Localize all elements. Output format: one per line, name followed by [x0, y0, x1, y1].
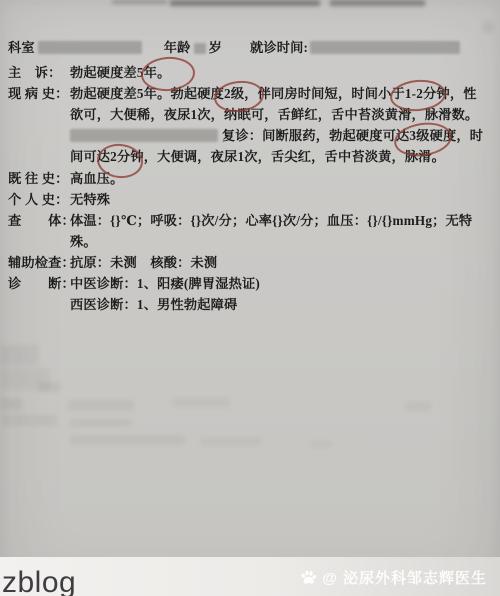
chief-complaint-text: 勃起硬度差5年。 [70, 63, 171, 83]
diagnosis-tcm-text: 中医诊断：1、阳痿(脾胃湿热证) [70, 274, 260, 294]
baidu-paw-icon [300, 569, 317, 586]
ghost-mark [405, 402, 431, 411]
hpi-line-4: 间可达2分钟，大便调，夜尿1次，舌尖红，舌中苔淡黄，脉滑。 [70, 147, 445, 167]
hpi-line-2: 欲可，大便稀，夜尿1次，纳眠可，舌鲜红，舌中苔淡黄滑，脉滑数。 [70, 105, 478, 125]
ghost-mark [483, 22, 493, 32]
personal-history-label: 个 人 史： [8, 190, 69, 210]
dept-label: 科室 [8, 40, 35, 55]
hpi-line-3-text: 复诊：间断服药，勃起硬度可达3级硬度，时 [222, 128, 483, 143]
hpi-line-3: 复诊：间断服药，勃起硬度可达3级硬度，时 [70, 126, 483, 146]
cropped-title-smudge [330, 0, 425, 6]
diagnosis-label: 诊 断： [8, 274, 75, 294]
hpi-line-1: 勃起硬度差5年。勃起硬度2级，伴同房时间短，时间小于1-2分钟，性 [70, 84, 477, 104]
ghost-mark [68, 400, 134, 411]
ghost-mark [0, 398, 22, 410]
ghost-mark [2, 415, 57, 426]
medical-record-photo: 科室年龄岁就诊时间: 主 诉： 勃起硬度差5年。 现 病 史： 勃起硬度差5年。… [0, 0, 500, 596]
exam-line-1: 体温：{}℃；呼吸：{}次/分；心率{}次/分；血压：{}/{}mmHg；无特 [70, 211, 472, 231]
ghost-mark [0, 345, 38, 365]
zblog-watermark: zblog [2, 566, 76, 596]
aux-tests-text: 抗原：未测 核酸：未测 [70, 253, 217, 273]
past-history-text: 高血压。 [70, 169, 124, 189]
exam-line-2: 殊。 [70, 232, 97, 252]
aux-tests-label: 辅助检查： [8, 253, 75, 273]
exam-label: 查 体： [8, 211, 75, 231]
record-header-row: 科室年龄岁就诊时间: [8, 38, 460, 58]
ghost-mark [310, 440, 332, 448]
ghost-mark [172, 398, 230, 407]
hpi-redacted-segment [70, 129, 218, 142]
diagnosis-western-text: 西医诊断：1、男性勃起障碍 [70, 295, 237, 315]
photo-watermark: @ 泌尿外科邹志辉医生 [300, 567, 487, 588]
ghost-mark [200, 437, 262, 446]
ghost-mark [70, 419, 132, 427]
ghost-mark [38, 382, 60, 392]
ghost-mark [70, 435, 185, 445]
hpi-label: 现 病 史： [8, 84, 69, 104]
age-unit: 岁 [209, 40, 222, 55]
cropped-title-smudge [112, 0, 167, 4]
age-value-redacted [194, 43, 206, 54]
visit-time-label: 就诊时间: [250, 40, 308, 55]
cropped-title-smudge [170, 0, 320, 6]
chief-complaint-label: 主 诉： [8, 63, 62, 83]
dept-value-redacted [38, 41, 142, 54]
past-history-label: 既 往 史： [8, 169, 69, 189]
photo-watermark-text: @ 泌尿外科邹志辉医生 [322, 567, 487, 588]
personal-history-text: 无特殊 [70, 190, 110, 210]
visit-time-value-redacted [310, 41, 460, 54]
age-label: 年龄 [164, 40, 191, 55]
